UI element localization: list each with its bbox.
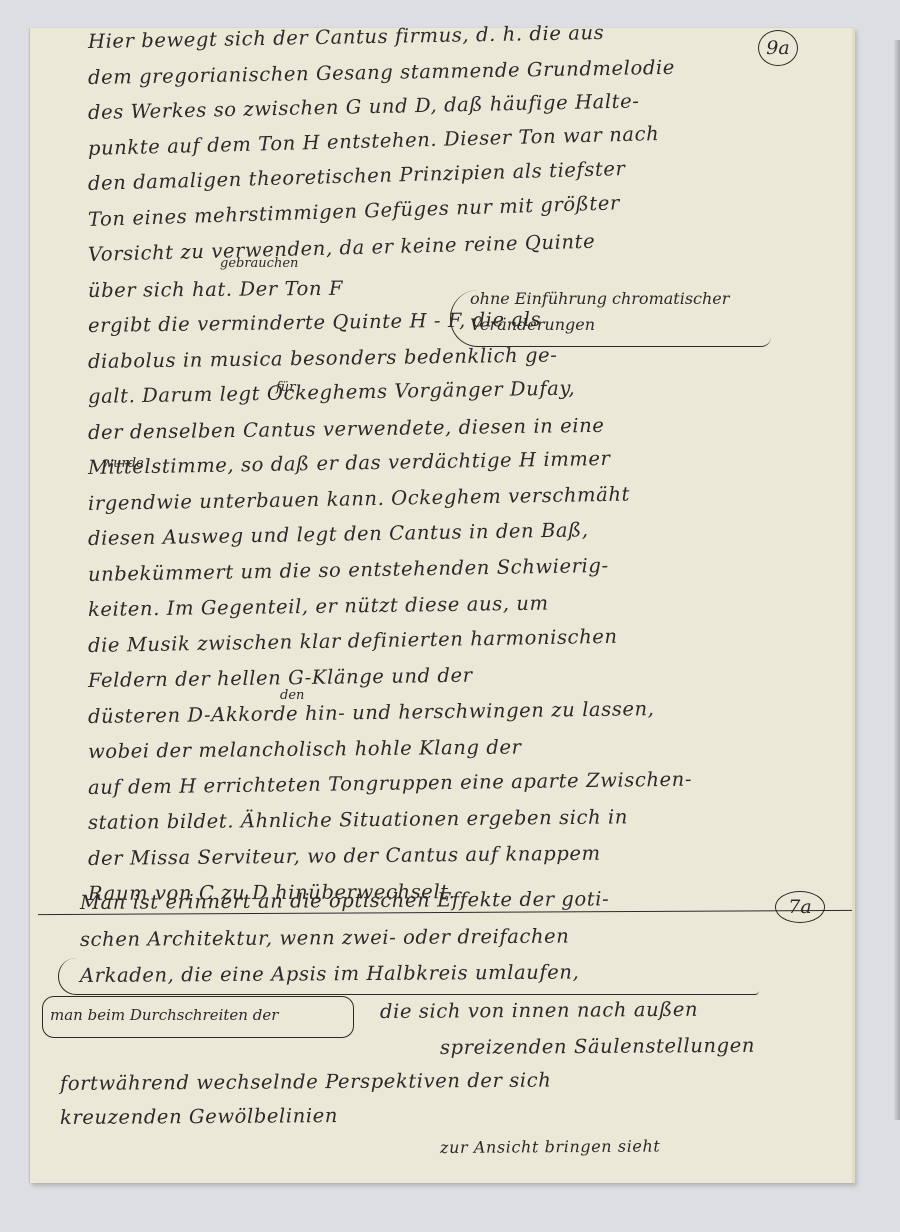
text-line: kreuzenden Gewölbelinien	[60, 1104, 338, 1129]
text-line: wobei der melancholisch hohle Klang der	[88, 735, 522, 763]
arkaden-bracket	[58, 958, 759, 995]
page-marker-9a: 9a	[758, 30, 798, 66]
text-line: der denselben Cantus verwendete, diesen …	[88, 413, 605, 443]
text-line: des Werkes so zwischen G und D, daß häuf…	[88, 89, 640, 124]
text-line: unbekümmert um die so entstehenden Schwi…	[88, 553, 609, 585]
text-line: galt. Darum legt Ockeghems Vorgänger Duf…	[88, 376, 576, 408]
text-line: die sich von innen nach außen	[380, 998, 698, 1023]
text-line: spreizenden Säulenstellungen	[440, 1034, 755, 1059]
text-line: Hier bewegt sich der Cantus firmus, d. h…	[88, 21, 605, 53]
text-line: Ton eines mehrstimmigen Gefüges nur mit …	[88, 191, 621, 231]
text-line: diabolus in musica besonders bedenklich …	[88, 343, 558, 373]
text-line: station bildet. Ähnliche Situationen erg…	[88, 805, 628, 834]
text-line: dem gregorianischen Gesang stammende Gru…	[88, 55, 675, 88]
text-line: auf dem H errichteten Tongruppen eine ap…	[88, 767, 692, 798]
text-line: diesen Ausweg und legt den Cantus in den…	[88, 518, 589, 550]
text-line: den damaligen theoretischen Prinzipien a…	[88, 157, 626, 195]
text-line: keiten. Im Gegenteil, er nützt diese aus…	[88, 592, 549, 621]
page-marker-7a: 7a	[775, 891, 825, 923]
margin-note-text: man beim Durchschreiten der	[50, 1006, 278, 1024]
text-line: fortwährend wechselnde Perspektiven der …	[60, 1069, 552, 1095]
manuscript-page: 9a Hier bewegt sich der Cantus firmus, d…	[30, 28, 855, 1183]
adjacent-page-edge	[894, 40, 900, 1120]
text-line: Feldern der hellen G-Klänge und der	[88, 664, 473, 692]
text-line: zur Ansicht bringen sieht	[440, 1136, 661, 1157]
text-line: die Musik zwischen klar definierten harm…	[88, 624, 618, 656]
text-line: Vorsicht zu verwenden, da er keine reine…	[88, 230, 596, 266]
text-line: punkte auf dem Ton H entstehen. Dieser T…	[88, 122, 660, 160]
text-line: düsteren D-Akkorde hin- und herschwingen…	[88, 697, 655, 728]
text-line: der Missa Serviteur, wo der Cantus auf k…	[88, 841, 601, 869]
text-line: schen Architektur, wenn zwei- oder dreif…	[80, 925, 570, 951]
insertion-den: den	[280, 688, 304, 703]
text-line: irgendwie unterbauen kann. Ockeghem vers…	[88, 482, 630, 514]
text-line: Mittelstimme, so daß er das verdächtige …	[88, 447, 611, 479]
text-line: Man ist erinnert an die optischen Effekt…	[80, 887, 609, 914]
text-line: über sich hat. Der Ton F	[88, 276, 343, 301]
